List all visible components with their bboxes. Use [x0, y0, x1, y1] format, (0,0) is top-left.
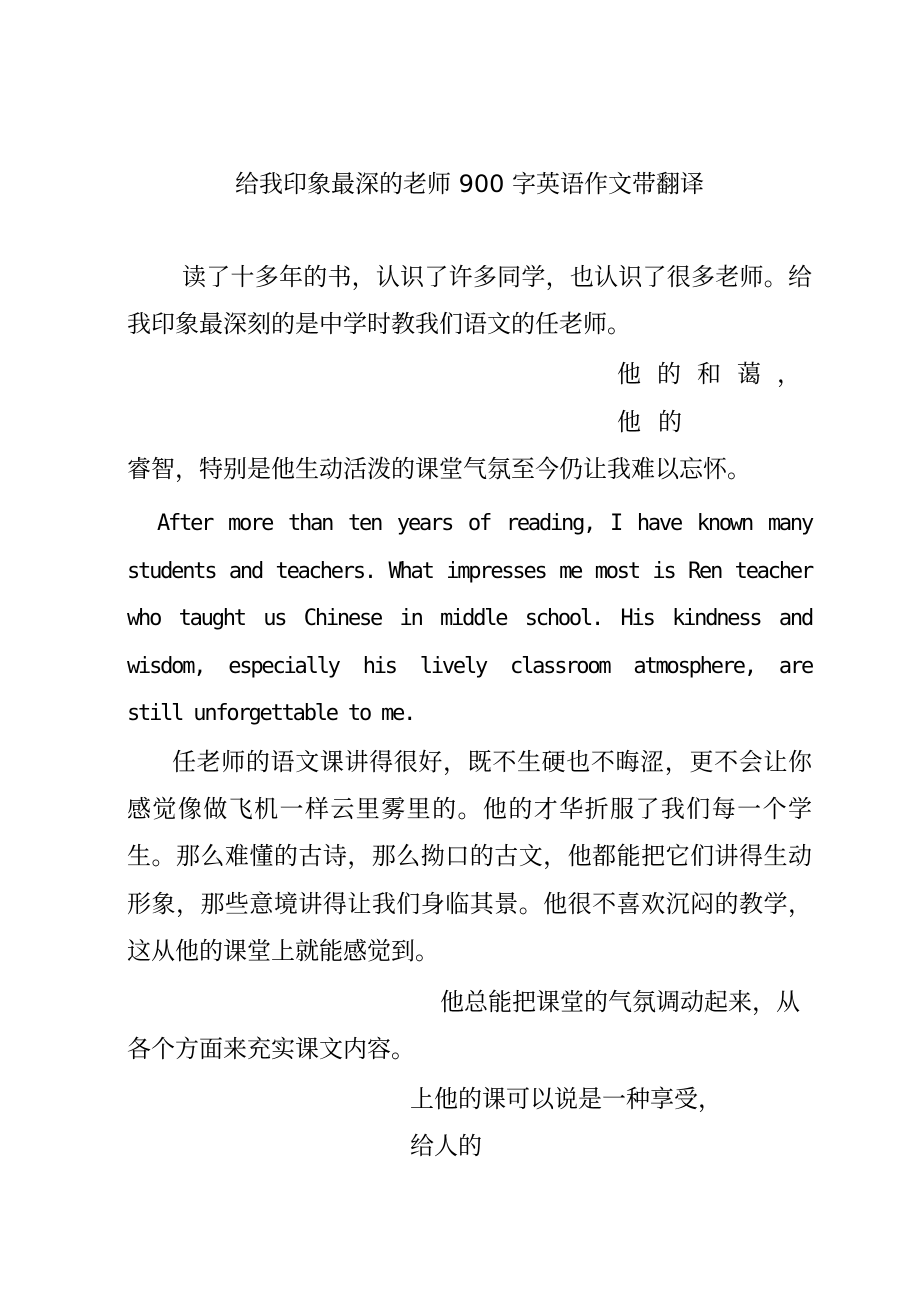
essay-line: 这从他的课堂上就能感觉到。	[127, 937, 439, 965]
essay-line-fragment: 上他的课可以说是一种享受，	[410, 1085, 722, 1113]
essay-line-english: still unforgettable to me.	[127, 700, 414, 728]
essay-line-fragment: 给人的	[410, 1132, 482, 1160]
essay-line: 我印象最深刻的是中学时教我们语文的任老师。	[127, 310, 631, 338]
essay-line-english: who taught us Chinese in middle school. …	[127, 605, 812, 633]
essay-line: 任老师的语文课讲得很好，既不生硬也不晦涩，更不会让你	[127, 748, 812, 776]
essay-line: 睿智，特别是他生动活泼的课堂气氛至今仍让我难以忘怀。	[127, 455, 751, 483]
essay-line-english: students and teachers. What impresses me…	[127, 558, 812, 586]
document-page: 给我印象最深的老师 900 字英语作文带翻译 读了十多年的书，认识了许多同学，也…	[0, 0, 920, 1303]
essay-line: 形象，那些意境讲得让我们身临其景。他很不喜欢沉闷的教学，	[127, 890, 812, 918]
essay-line: 各个方面来充实课文内容。	[127, 1035, 415, 1063]
essay-line-fragment: 他的和蔼，	[617, 360, 817, 388]
essay-line: 感觉像做飞机一样云里雾里的。他的才华折服了我们每一个学	[127, 795, 812, 823]
essay-line-fragment: 他总能把课堂的气氛调动起来，从	[440, 988, 800, 1016]
essay-line-english: wisdom, especially his lively classroom …	[127, 653, 812, 681]
essay-line-english: After more than ten years of reading, I …	[127, 510, 812, 538]
essay-title: 给我印象最深的老师 900 字英语作文带翻译	[127, 170, 812, 198]
essay-line: 生。那么难懂的古诗，那么拗口的古文，他都能把它们讲得生动	[127, 842, 812, 870]
essay-line-fragment: 他的	[617, 408, 699, 436]
essay-line: 读了十多年的书，认识了许多同学，也认识了很多老师。给	[127, 263, 812, 291]
